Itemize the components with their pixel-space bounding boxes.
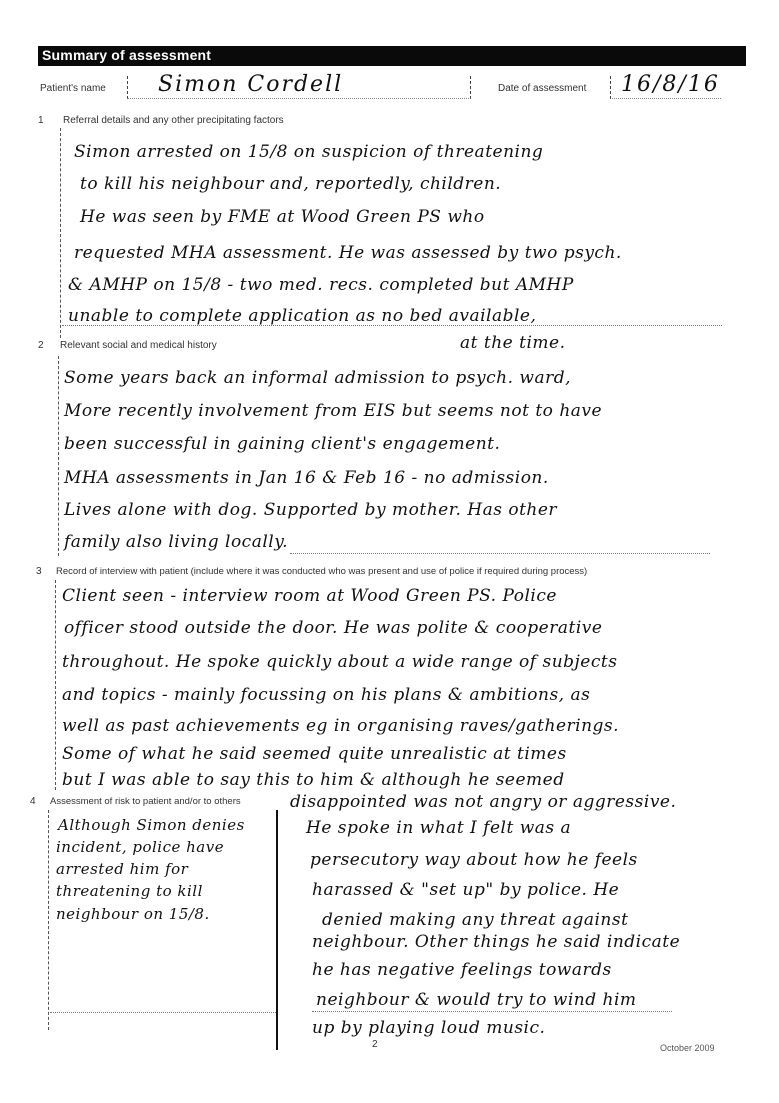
handwritten-line: threatening to kill [56,882,203,900]
handwritten-line: and topics - mainly focussing on his pla… [62,685,590,705]
handwritten-line: to kill his neighbour and, reportedly, c… [80,174,501,194]
handwritten-line: at the time. [460,333,565,353]
handwritten-line: He spoke in what I felt was a [306,818,571,838]
handwritten-line: neighbour on 15/8. [56,905,210,923]
handwritten-line: He was seen by FME at Wood Green PS who [80,207,485,227]
handwritten-line: harassed & "set up" by police. He [312,880,619,900]
handwritten-line: Some years back an informal admission to… [64,368,571,388]
section-3-number: 3 [36,566,42,577]
date-field[interactable]: 16/8/16 [610,76,721,99]
section-1-margin [60,128,61,338]
handwritten-line: he has negative feelings towards [312,960,612,980]
section-2-label: Relevant social and medical history [60,340,217,351]
handwritten-line: disappointed was not angry or aggressive… [290,792,676,812]
handwritten-line: Simon arrested on 15/8 on suspicion of t… [74,142,543,162]
form-title: Summary of assessment [42,47,211,63]
section-4-divider [276,810,278,1050]
handwritten-line: neighbour & would try to wind him [316,990,637,1010]
form-header-bar: Summary of assessment [38,46,746,66]
patient-name-field[interactable]: Simon Cordell [127,76,471,99]
page-number: 2 [372,1039,378,1050]
section-4-number: 4 [30,796,36,807]
handwritten-line: persecutory way about how he feels [310,850,638,870]
section-4-label: Assessment of risk to patient and/or to … [50,796,241,807]
handwritten-line: requested MHA assessment. He was assesse… [74,243,622,263]
handwritten-line: neighbour. Other things he said indicate [312,932,680,952]
patient-name-label: Patient's name [40,83,106,94]
handwritten-line: well as past achievements eg in organisi… [62,716,619,736]
section-2-rule [290,553,710,554]
form-edition-date: October 2009 [660,1043,715,1053]
date-label: Date of assessment [498,83,586,94]
section-1-rule [62,325,722,326]
section-4-rule [50,1012,276,1013]
handwritten-line: family also living locally. [64,532,288,552]
handwritten-line: denied making any threat against [322,910,628,930]
handwritten-line: up by playing loud music. [312,1018,545,1038]
handwritten-line: Lives alone with dog. Supported by mothe… [64,500,557,520]
section-1-label: Referral details and any other precipita… [63,115,284,126]
handwritten-line: unable to complete application as no bed… [68,306,536,326]
handwritten-line: MHA assessments in Jan 16 & Feb 16 - no … [64,468,549,488]
section-1-number: 1 [38,115,44,126]
handwritten-line: arrested him for [56,860,188,878]
handwritten-line: officer stood outside the door. He was p… [64,618,602,638]
handwritten-line: Some of what he said seemed quite unreal… [62,744,567,764]
handwritten-line: & AMHP on 15/8 - two med. recs. complete… [68,275,574,295]
section-3-label: Record of interview with patient (includ… [56,566,587,577]
handwritten-line: throughout. He spoke quickly about a wid… [62,652,617,672]
handwritten-line: Client seen - interview room at Wood Gre… [62,586,557,606]
handwritten-line: but I was able to say this to him & alth… [62,770,565,790]
date-value: 16/8/16 [621,72,720,97]
handwritten-line: More recently involvement from EIS but s… [64,401,602,421]
handwritten-line: been successful in gaining client's enga… [64,434,500,454]
patient-name-value: Simon Cordell [158,72,343,97]
handwritten-line: Although Simon denies [58,816,245,834]
handwritten-line: incident, police have [56,838,224,856]
section-3-margin [55,580,56,790]
section-2-number: 2 [38,340,44,351]
section-4-left-margin [48,810,49,1030]
section-2-margin [58,356,59,556]
section-4-right-rule [312,1011,672,1012]
